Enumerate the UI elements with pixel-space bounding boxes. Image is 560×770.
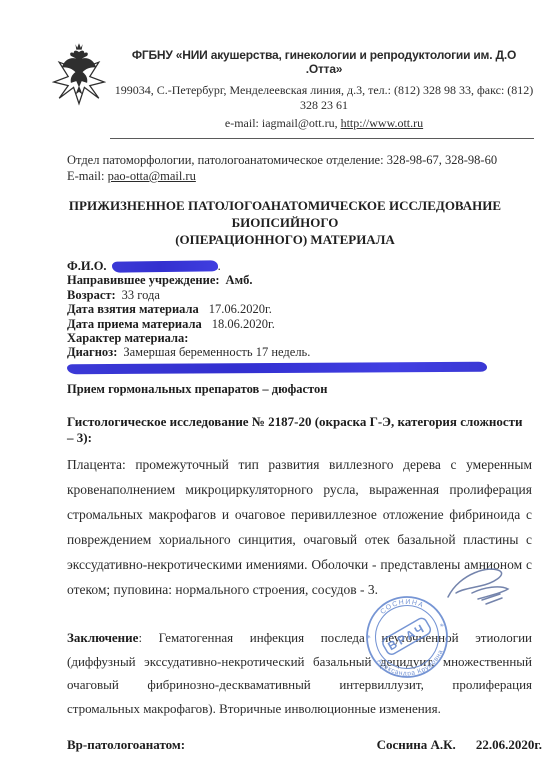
institution-email: iagmail@ott.ru <box>262 116 335 130</box>
field-referring: Направившее учреждение:Амб. <box>67 273 532 287</box>
hormones-line: Прием гормональных препаратов – дюфастон <box>67 382 532 396</box>
pathologist-role-label: Вр-патологоанатом: <box>67 737 185 753</box>
department-line: Отдел патоморфологии, патологоанатомичес… <box>67 152 532 168</box>
diagnosis-value: Замершая беременность 17 недель. <box>123 345 310 359</box>
date-taken-label: Дата взятия материала <box>67 302 199 316</box>
report-date: 22.06.2020г. <box>476 737 542 753</box>
age-label: Возраст: <box>67 288 116 302</box>
pathologist-name: Соснина А.К. <box>377 737 456 753</box>
scanned-pathology-report-page: ФГБНУ «НИИ акушерства, гинекологии и реп… <box>0 0 560 770</box>
department-block: Отдел патоморфологии, патологоанатомичес… <box>67 152 532 184</box>
date-received-label: Дата приема материала <box>67 317 202 331</box>
date-received-value: 18.06.2020г. <box>212 317 275 331</box>
age-value: 33 года <box>122 288 160 302</box>
department-email-line: E-mail: pao-otta@mail.ru <box>67 168 532 184</box>
referring-label: Направившее учреждение: <box>67 273 220 287</box>
material-label: Характер материала: <box>67 331 188 345</box>
institution-name: ФГБНУ «НИИ акушерства, гинекологии и реп… <box>114 48 534 76</box>
signature-row: Вр-патологоанатом: Соснина А.К. 22.06.20… <box>67 737 544 753</box>
department-email-link[interactable]: pao-otta@mail.ru <box>108 169 196 183</box>
referring-value: Амб. <box>226 273 253 287</box>
stamp-separator-left: * <box>366 633 372 644</box>
email-prefix: E-mail: <box>67 169 108 183</box>
redaction-bar-fio <box>111 260 217 272</box>
institution-contacts: e-mail: iagmail@ott.ru, http://www.ott.r… <box>114 116 534 131</box>
field-date-taken: Дата взятия материала17.06.2020г. <box>67 302 532 316</box>
letterhead-text: ФГБНУ «НИИ акушерства, гинекологии и реп… <box>114 40 534 131</box>
redaction-bar-diagnosis-extra <box>67 362 487 375</box>
conclusion-paragraph: Заключение: Гематогенная инфекция послед… <box>67 626 532 720</box>
field-diagnosis: Диагноз:Замершая беременность 17 недель. <box>67 345 532 359</box>
fio-suffix: . <box>218 259 221 273</box>
document-title-line1: ПРИЖИЗНЕННОЕ ПАТОЛОГОАНАТОМИЧЕСКОЕ ИССЛЕ… <box>44 197 526 231</box>
institution-address: 199034, С.-Петербург, Менделеевская лини… <box>114 83 534 113</box>
fio-label: Ф.И.О. <box>67 259 107 273</box>
field-material: Характер материала: <box>67 331 532 345</box>
doctor-round-stamp: ВРАЧ СОСНИНА Александра Крумовна * * <box>359 591 455 683</box>
institution-website-link[interactable]: http://www.ott.ru <box>341 116 424 130</box>
histology-heading: Гистологическое исследование № 2187-20 (… <box>67 414 532 446</box>
diagnosis-label: Диагноз: <box>67 345 117 359</box>
field-fio: Ф.И.О.. <box>67 259 532 273</box>
email-prefix: e-mail: <box>225 116 262 130</box>
date-taken-value: 17.06.2020г. <box>209 302 272 316</box>
conclusion-label: Заключение <box>67 630 138 645</box>
letterhead: ФГБНУ «НИИ акушерства, гинекологии и реп… <box>0 0 560 131</box>
letterhead-divider <box>110 138 534 139</box>
document-title: ПРИЖИЗНЕННОЕ ПАТОЛОГОАНАТОМИЧЕСКОЕ ИССЛЕ… <box>44 197 526 248</box>
field-age: Возраст:33 года <box>67 288 532 302</box>
field-date-received: Дата приема материала18.06.2020г. <box>67 317 532 331</box>
document-title-line2: (ОПЕРАЦИОННОГО) МАТЕРИАЛА <box>44 231 526 248</box>
institute-emblem-icon <box>52 40 106 106</box>
patient-fields: Ф.И.О.. Направившее учреждение:Амб. Возр… <box>67 259 532 396</box>
signature-name-date: Соснина А.К. 22.06.2020г. <box>377 737 544 753</box>
handwritten-signature <box>442 563 532 615</box>
